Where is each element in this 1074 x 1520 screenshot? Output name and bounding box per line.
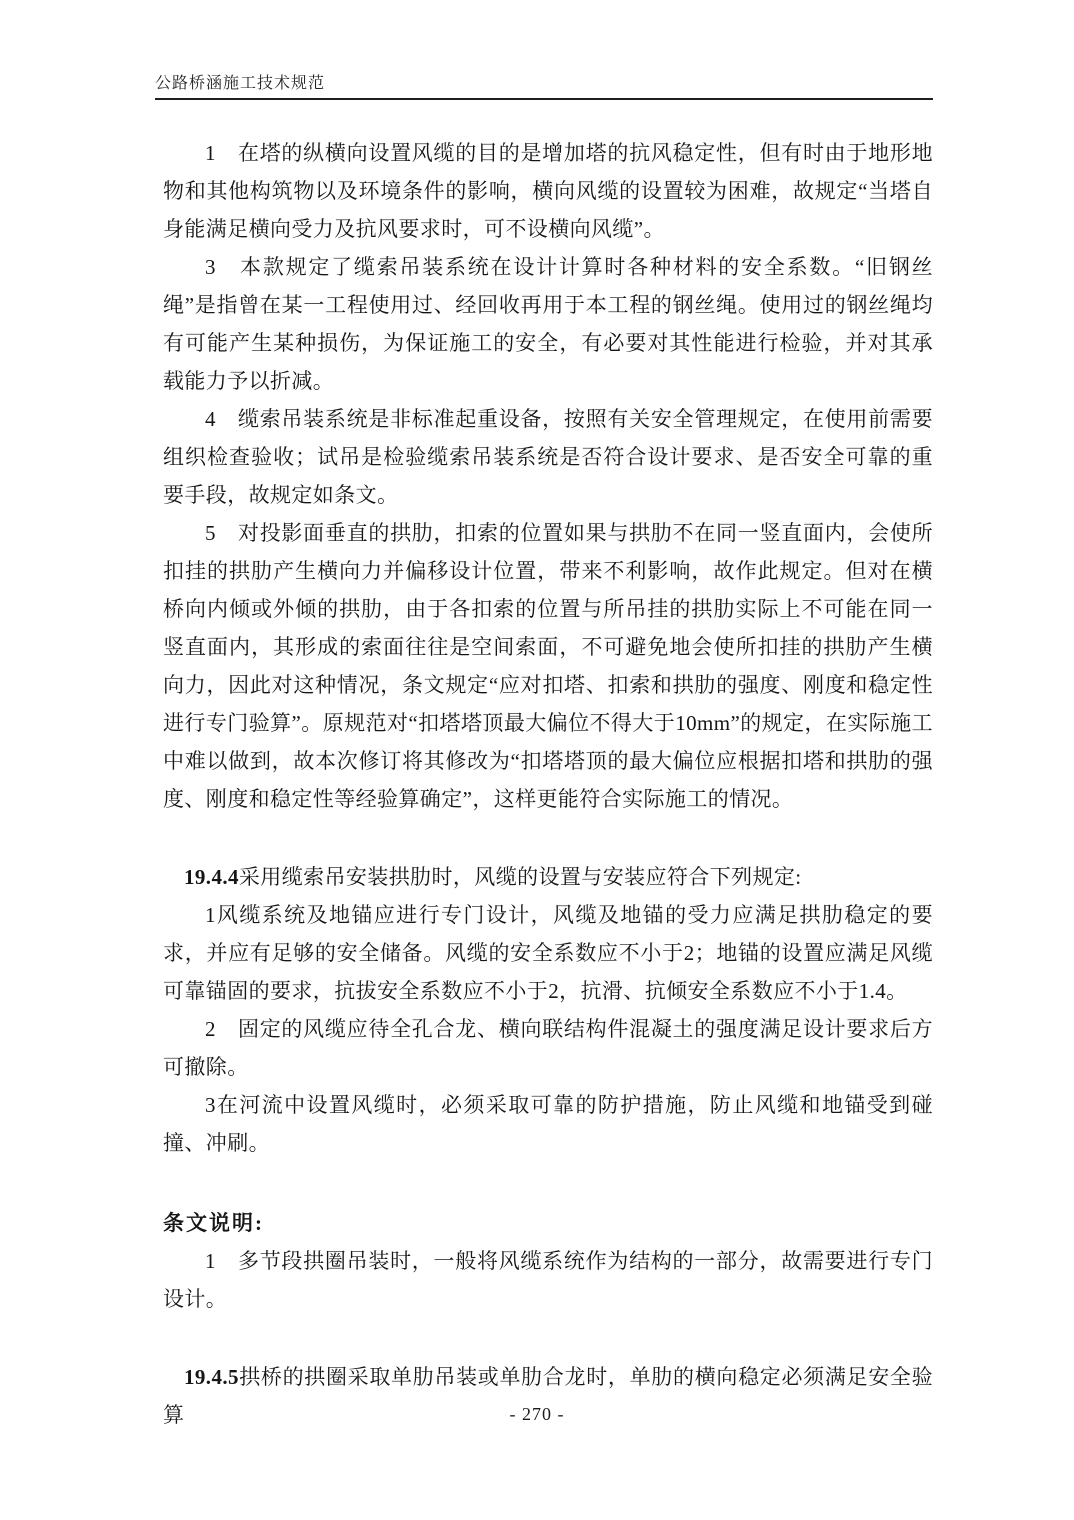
commentary-paragraph-5: 5 对投影面垂直的拱肋，扣索的位置如果与拱肋不在同一竖直面内，会使所扣挂的拱肋产…: [163, 514, 933, 818]
clause-19-4-4: 19.4.4采用缆索吊安装拱肋时，风缆的设置与安装应符合下列规定:: [163, 858, 933, 896]
content-column: 公路桥涵施工技术规范 1 在塔的纵横向设置风缆的目的是增加塔的抗风稳定性，但有时…: [155, 0, 933, 1434]
commentary-paragraph-4: 4 缆索吊装系统是非标准起重设备，按照有关安全管理规定，在使用前需要组织检查验收…: [163, 400, 933, 514]
clause-19-4-4-item-1: 1风缆系统及地锚应进行专门设计，风缆及地锚的受力应满足拱肋稳定的要求，并应有足够…: [163, 896, 933, 1010]
clause-19-4-4-item-2: 2 固定的风缆应待全孔合龙、横向联结构件混凝土的强度满足设计要求后方可撤除。: [163, 1010, 933, 1086]
clause-19-4-4-title: 采用缆索吊安装拱肋时，风缆的设置与安装应符合下列规定:: [239, 865, 802, 889]
page-header: 公路桥涵施工技术规范: [155, 0, 933, 100]
commentary-paragraph-3: 3 本款规定了缆索吊装系统在设计计算时各种材料的安全系数。“旧钢丝绳”是指曾在某…: [163, 248, 933, 400]
clause-19-4-4-item-3: 3在河流中设置风缆时，必须采取可靠的防护措施，防止风缆和地锚受到碰撞、冲刷。: [163, 1086, 933, 1162]
page-footer: - 270 -: [0, 1404, 1074, 1425]
commentary-paragraph-1: 1 在塔的纵横向设置风缆的目的是增加塔的抗风稳定性，但有时由于地形地物和其他构筑…: [163, 134, 933, 248]
commentary-note-item-1: 1 多节段拱圈吊装时，一般将风缆系统作为结构的一部分，故需要进行专门设计。: [163, 1242, 933, 1318]
header-title: 公路桥涵施工技术规范: [155, 70, 933, 93]
document-page: 公路桥涵施工技术规范 1 在塔的纵横向设置风缆的目的是增加塔的抗风稳定性，但有时…: [0, 0, 1074, 1520]
commentary-note-heading: 条文说明:: [163, 1204, 933, 1242]
clause-19-4-5-number: 19.4.5: [184, 1365, 239, 1389]
page-number: - 270 -: [510, 1404, 565, 1424]
clause-19-4-4-number: 19.4.4: [184, 865, 239, 889]
document-body: 1 在塔的纵横向设置风缆的目的是增加塔的抗风稳定性，但有时由于地形地物和其他构筑…: [155, 100, 933, 1434]
